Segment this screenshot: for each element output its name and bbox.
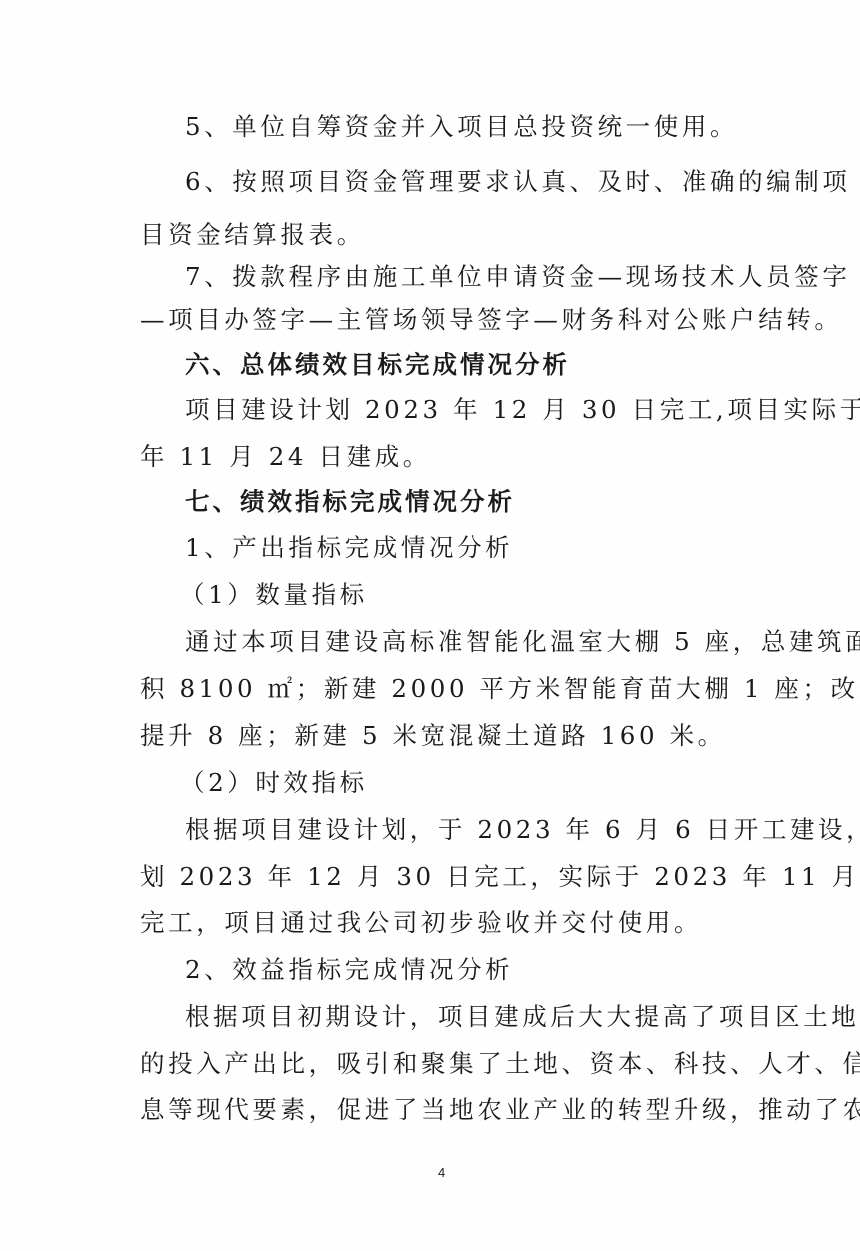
section-heading: 七、绩效指标完成情况分析 (185, 487, 515, 517)
text-line: 息等现代要素，促进了当地农业产业的转型升级，推动了农 (140, 1095, 860, 1125)
text-line: 的投入产出比，吸引和聚集了土地、资本、科技、人才、信 (140, 1049, 860, 1079)
document-page: 5、单位自筹资金并入项目总投资统一使用。6、按照项目资金管理要求认真、及时、准确… (0, 0, 860, 1251)
text-line: 积 8100 ㎡；新建 2000 平方米智能育苗大棚 1 座；改造旧棚 (140, 674, 860, 704)
text-line: 完工，项目通过我公司初步验收并交付使用。 (140, 908, 702, 938)
text-line: 划 2023 年 12 月 30 日完工，实际于 2023 年 11 月 24 … (140, 862, 860, 892)
text-line: 年 11 月 24 日建成。 (140, 442, 431, 472)
text-line: 项目建设计划 2023 年 12 月 30 日完工,项目实际于 2023 (185, 395, 860, 425)
text-line: 通过本项目建设高标准智能化温室大棚 5 座，总建筑面 (185, 627, 860, 657)
text-line: 5、单位自筹资金并入项目总投资统一使用。 (185, 112, 738, 142)
text-line: 根据项目初期设计，项目建成后大大提高了项目区土地 (185, 1002, 859, 1032)
text-line: 7、拨款程序由施工单位申请资金—现场技术人员签字 (185, 262, 851, 292)
text-line: （1）数量指标 (180, 580, 368, 610)
text-line: 6、按照项目资金管理要求认真、及时、准确的编制项 (185, 167, 851, 197)
text-line: 1、产出指标完成情况分析 (185, 533, 513, 563)
text-line: —项目办签字—主管场领导签字—财务科对公账户结转。 (140, 305, 843, 335)
text-line: （2）时效指标 (180, 768, 368, 798)
text-line: 提升 8 座；新建 5 米宽混凝土道路 160 米。 (140, 721, 726, 751)
text-line: 根据项目建设计划，于 2023 年 6 月 6 日开工建设，计 (185, 815, 860, 845)
section-heading: 六、总体绩效目标完成情况分析 (185, 350, 570, 380)
page-number: 4 (438, 1165, 445, 1180)
text-line: 2、效益指标完成情况分析 (185, 955, 513, 985)
text-line: 目资金结算报表。 (140, 220, 365, 250)
